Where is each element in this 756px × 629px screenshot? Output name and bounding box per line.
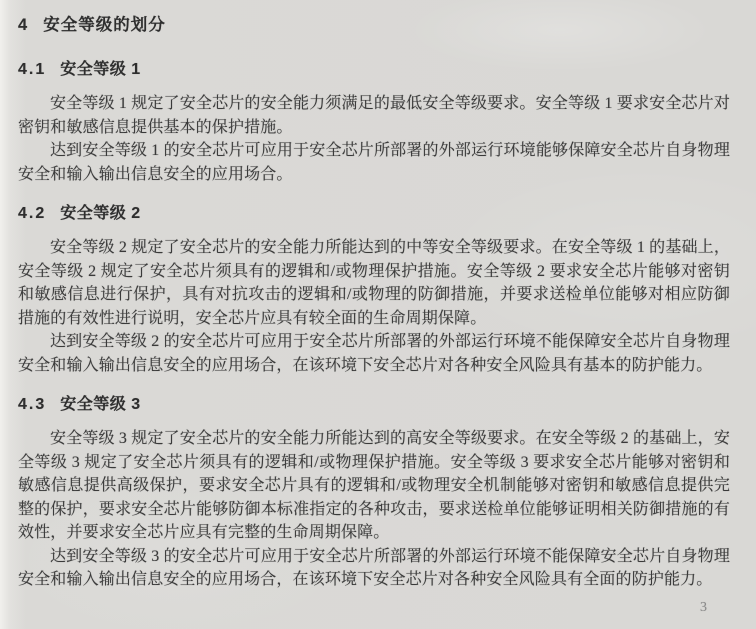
section-body-4-1: 安全等级 1 规定了安全芯片的安全能力须满足的最低安全等级要求。安全等级 1 要… — [18, 92, 730, 186]
chapter-number: 4 — [18, 14, 29, 36]
paragraph: 安全等级 1 规定了安全芯片的安全能力须满足的最低安全等级要求。安全等级 1 要… — [18, 92, 730, 139]
section-number: 4.3 — [18, 394, 46, 416]
scanned-document-page: 4安全等级的划分 4.1安全等级 1 安全等级 1 规定了安全芯片的安全能力须满… — [0, 0, 756, 629]
section-heading-4-1: 4.1安全等级 1 — [18, 59, 730, 81]
paragraph: 达到安全等级 3 的安全芯片可应用于安全芯片所部署的外部运行环境不能保障安全芯片… — [18, 545, 730, 592]
section-body-4-2: 安全等级 2 规定了安全芯片的安全能力所能达到的中等安全等级要求。在安全等级 1… — [18, 236, 730, 377]
paragraph: 安全等级 3 规定了安全芯片的安全能力所能达到的高安全等级要求。在安全等级 2 … — [18, 427, 730, 545]
section-title: 安全等级 1 — [60, 61, 140, 78]
section-title: 安全等级 2 — [60, 205, 140, 222]
paragraph: 达到安全等级 2 的安全芯片可应用于安全芯片所部署的外部运行环境不能保障安全芯片… — [18, 330, 730, 377]
section-title: 安全等级 3 — [60, 396, 140, 413]
section-heading-4-2: 4.2安全等级 2 — [18, 203, 730, 225]
paragraph: 安全等级 2 规定了安全芯片的安全能力所能达到的中等安全等级要求。在安全等级 1… — [18, 236, 730, 330]
page-number: 3 — [700, 600, 707, 616]
section-number: 4.2 — [18, 203, 46, 225]
chapter-heading: 4安全等级的划分 — [18, 14, 730, 36]
section-body-4-3: 安全等级 3 规定了安全芯片的安全能力所能达到的高安全等级要求。在安全等级 2 … — [18, 427, 730, 592]
section-heading-4-3: 4.3安全等级 3 — [18, 394, 730, 416]
paragraph: 达到安全等级 1 的安全芯片可应用于安全芯片所部署的外部运行环境能够保障安全芯片… — [18, 139, 730, 186]
chapter-title: 安全等级的划分 — [43, 16, 166, 34]
section-number: 4.1 — [18, 59, 46, 81]
